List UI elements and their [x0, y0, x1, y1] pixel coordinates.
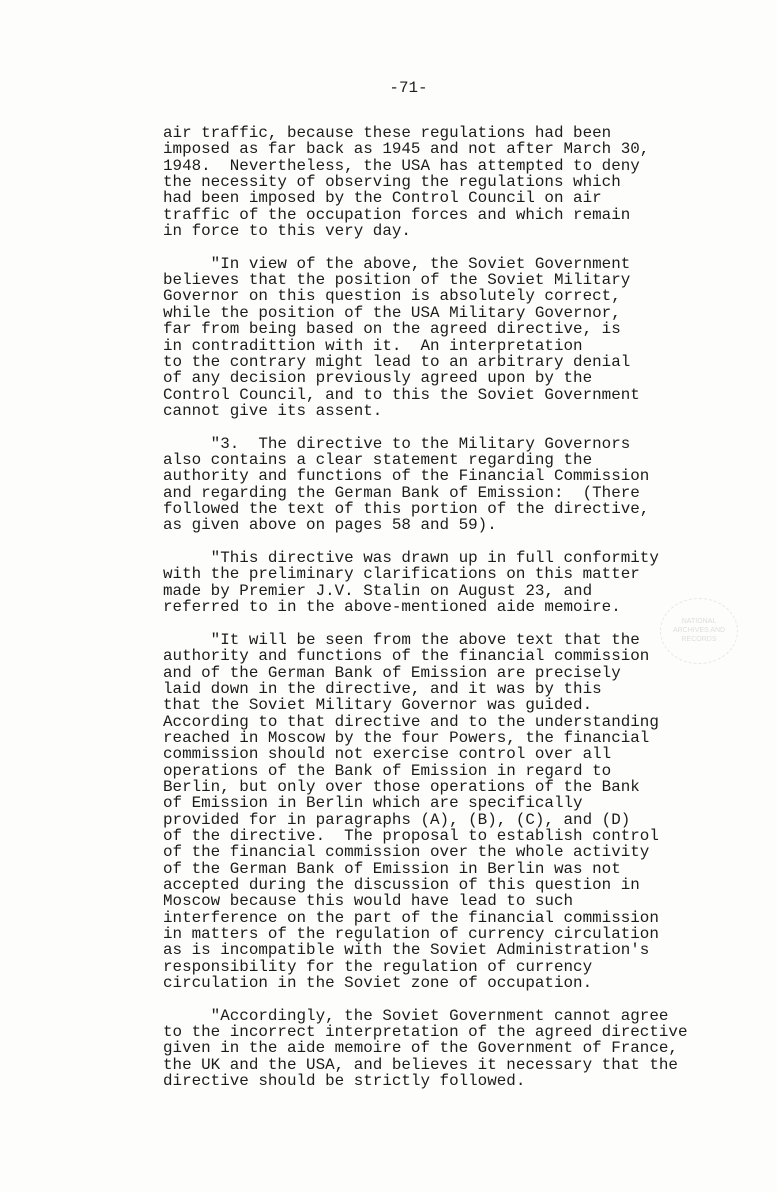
text-line: followed the text of this portion of the…: [163, 501, 763, 517]
text-line: "3. The directive to the Military Govern…: [163, 436, 763, 452]
text-line: "In view of the above, the Soviet Govern…: [163, 256, 763, 272]
text-line: had been imposed by the Control Council …: [163, 190, 763, 206]
text-line: made by Premier J.V. Stalin on August 23…: [163, 583, 763, 599]
text-line: in force to this very day.: [163, 223, 763, 239]
text-line: reached in Moscow by the four Powers, th…: [163, 730, 763, 746]
text-line: of the German Bank of Emission in Berlin…: [163, 861, 763, 877]
text-line: Moscow because this would have lead to s…: [163, 893, 763, 909]
text-line: operations of the Bank of Emission in re…: [163, 763, 763, 779]
text-line: According to that directive and to the u…: [163, 714, 763, 730]
text-line: that the Soviet Military Governor was gu…: [163, 697, 763, 713]
paragraph: "It will be seen from the above text tha…: [163, 632, 763, 992]
text-line: the necessity of observing the regulatio…: [163, 174, 763, 190]
paragraph: "In view of the above, the Soviet Govern…: [163, 256, 763, 419]
text-line: 1948. Nevertheless, the USA has attempte…: [163, 158, 763, 174]
text-line: provided for in paragraphs (A), (B), (C)…: [163, 812, 763, 828]
text-line: Governor on this question is absolutely …: [163, 288, 763, 304]
text-line: cannot give its assent.: [163, 403, 763, 419]
text-line: commission should not exercise control o…: [163, 746, 763, 762]
text-line: authority and functions of the Financial…: [163, 468, 763, 484]
text-line: Berlin, but only over those operations o…: [163, 779, 763, 795]
page-number: -71-: [0, 79, 777, 97]
text-line: responsibility for the regulation of cur…: [163, 959, 763, 975]
text-line: the UK and the USA, and believes it nece…: [163, 1057, 763, 1073]
text-line: and regarding the German Bank of Emissio…: [163, 485, 763, 501]
stamp-text: NATIONAL: [661, 617, 737, 626]
text-line: circulation in the Soviet zone of occupa…: [163, 975, 763, 991]
text-line: "This directive was drawn up in full con…: [163, 550, 763, 566]
text-line: directive should be strictly followed.: [163, 1073, 763, 1089]
text-line: as given above on pages 58 and 59).: [163, 517, 763, 533]
text-line: laid down in the directive, and it was b…: [163, 681, 763, 697]
text-line: far from being based on the agreed direc…: [163, 321, 763, 337]
text-line: of Emission in Berlin which are specific…: [163, 795, 763, 811]
text-line: traffic of the occupation forces and whi…: [163, 207, 763, 223]
text-line: "Accordingly, the Soviet Government cann…: [163, 1008, 763, 1024]
text-line: accepted during the discussion of this q…: [163, 877, 763, 893]
text-line: given in the aide memoire of the Governm…: [163, 1040, 763, 1056]
text-line: to the contrary might lead to an arbitra…: [163, 354, 763, 370]
text-line: with the preliminary clarifications on t…: [163, 566, 763, 582]
text-line: to the incorrect interpretation of the a…: [163, 1024, 763, 1040]
text-line: of the financial commission over the who…: [163, 844, 763, 860]
text-line: and of the German Bank of Emission are p…: [163, 665, 763, 681]
text-line: air traffic, because these regulations h…: [163, 125, 763, 141]
paragraph: air traffic, because these regulations h…: [163, 125, 763, 239]
stamp-text: ARCHIVES AND: [661, 626, 737, 635]
text-line: believes that the position of the Soviet…: [163, 272, 763, 288]
paragraph: "Accordingly, the Soviet Government cann…: [163, 1008, 763, 1090]
text-line: interference on the part of the financia…: [163, 910, 763, 926]
text-line: while the position of the USA Military G…: [163, 305, 763, 321]
paragraph: "3. The directive to the Military Govern…: [163, 436, 763, 534]
text-line: of the directive. The proposal to establ…: [163, 828, 763, 844]
text-line: of any decision previously agreed upon b…: [163, 370, 763, 386]
text-line: also contains a clear statement regardin…: [163, 452, 763, 468]
text-line: imposed as far back as 1945 and not afte…: [163, 141, 763, 157]
text-line: Control Council, and to this the Soviet …: [163, 387, 763, 403]
stamp-text: RECORDS: [661, 635, 737, 644]
text-line: in contradittion with it. An interpretat…: [163, 338, 763, 354]
archive-stamp: NATIONALARCHIVES ANDRECORDS: [660, 598, 738, 664]
text-line: in matters of the regulation of currency…: [163, 926, 763, 942]
document-page: -71- air traffic, because these regulati…: [0, 0, 777, 1192]
text-line: as is incompatible with the Soviet Admin…: [163, 942, 763, 958]
